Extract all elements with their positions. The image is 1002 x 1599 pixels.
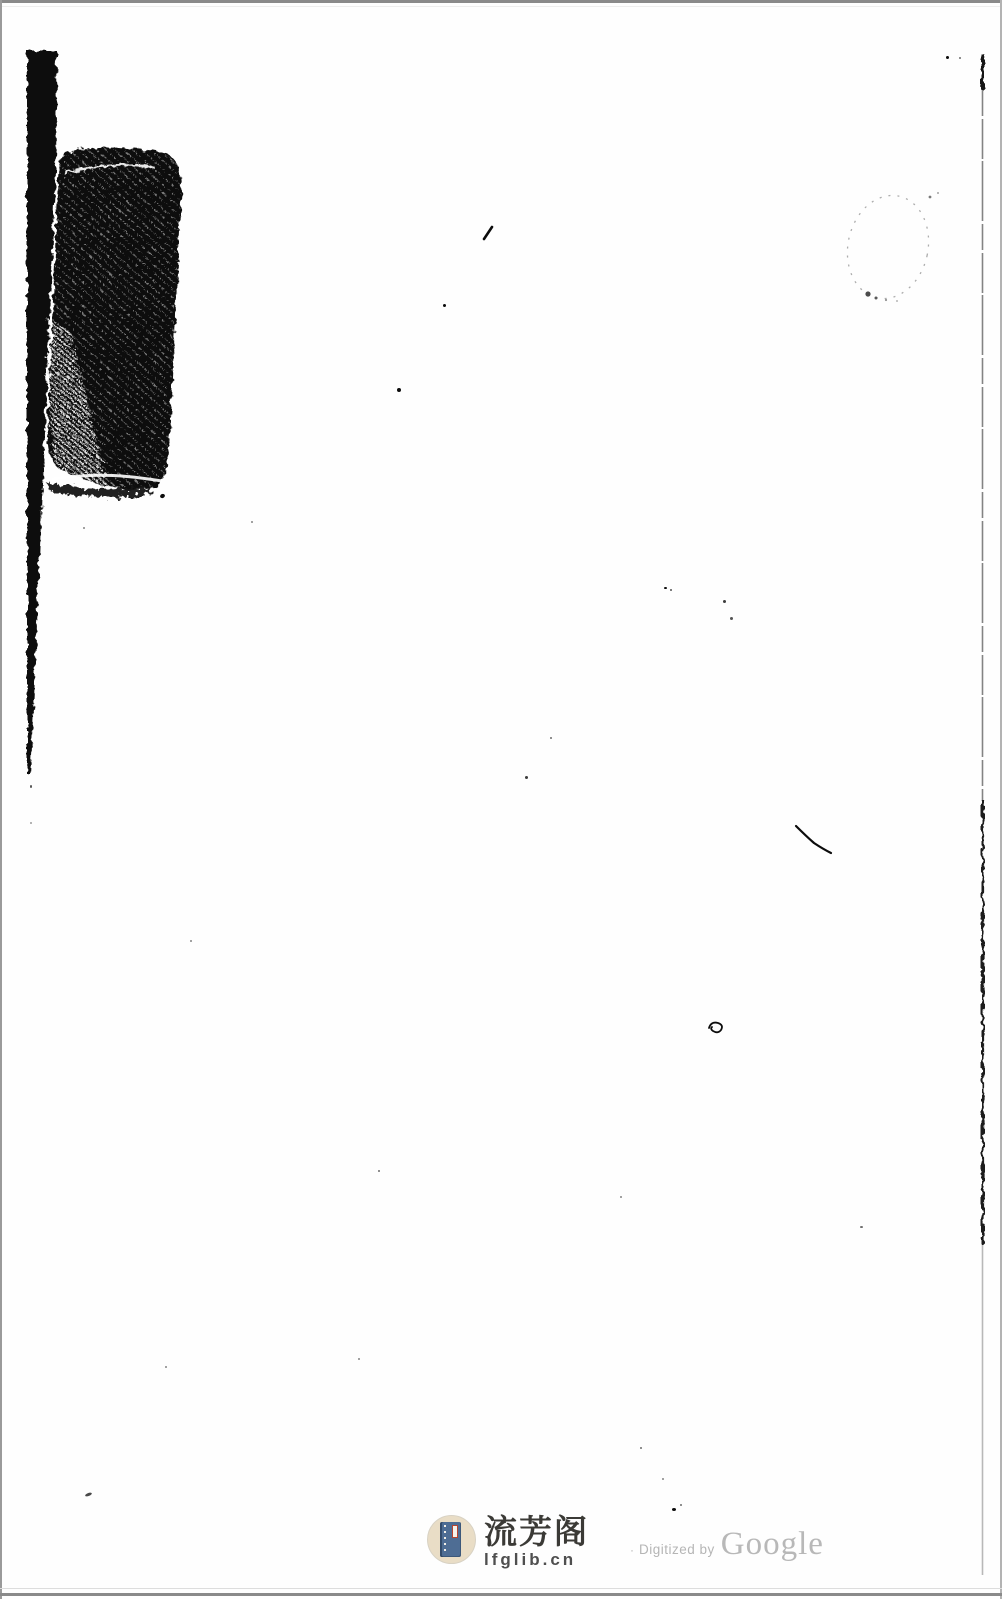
watermark-logo-circle [427, 1515, 476, 1564]
ink-speck [730, 617, 733, 620]
ink-speck [670, 589, 672, 591]
ink-speck [83, 527, 85, 529]
google-logo-text: Google [721, 1527, 824, 1561]
squiggle-mark [796, 826, 831, 853]
ink-gutter-bar [27, 51, 57, 774]
crease-arc-mark [838, 188, 939, 306]
ink-speck [30, 785, 32, 788]
stitched-book-icon [440, 1522, 461, 1557]
page-border-left [0, 0, 2, 1599]
ink-speck [620, 1196, 622, 1198]
ink-speck [640, 1447, 642, 1449]
ink-speck [662, 1478, 664, 1480]
ink-speck [358, 1358, 360, 1360]
ink-speck [251, 521, 253, 523]
credit-prefix: Digitized by [639, 1542, 715, 1557]
ink-speck [159, 493, 165, 499]
ink-speck [959, 57, 961, 59]
curl-mark [709, 1023, 722, 1033]
ink-speck [680, 1504, 682, 1506]
book-title-label [452, 1525, 458, 1538]
slash-mark [484, 227, 492, 239]
page-border-bottom [0, 1593, 1002, 1596]
ink-speck [443, 304, 446, 307]
site-watermark: 流芳阁 lfglib.cn [427, 1515, 589, 1570]
ink-speck [672, 1508, 676, 1511]
ink-speck [190, 940, 192, 942]
ink-blob [46, 148, 181, 498]
watermark-site-title: 流芳阁 [484, 1515, 589, 1549]
page-border-top-faint [0, 6, 1002, 7]
ink-speck [946, 56, 949, 59]
page-border-top [0, 0, 1002, 3]
ink-speck [85, 1492, 93, 1497]
ink-speck [723, 600, 726, 603]
ink-speck [525, 776, 528, 779]
watermark-site-url: lfglib.cn [484, 1550, 589, 1570]
ink-speck [550, 737, 552, 739]
ink-speck [165, 1366, 167, 1368]
ink-speck [30, 822, 32, 824]
ink-speck [664, 587, 667, 589]
digitized-credit: · Digitized by Google [630, 1527, 870, 1561]
credit-dot: · [630, 1543, 634, 1557]
ink-speck [860, 1226, 863, 1228]
book-stitch-dots [444, 1525, 446, 1554]
scanned-page: { "page": { "background": "#fefefe", "fr… [0, 0, 1002, 1599]
scan-artifacts-layer [0, 0, 1002, 1599]
scan-edge-line [981, 54, 985, 1575]
speck-layer [0, 0, 1002, 1599]
watermark-text-block: 流芳阁 lfglib.cn [484, 1515, 589, 1570]
page-border-bottom-faint [0, 1588, 1002, 1589]
ink-speck [378, 1170, 380, 1172]
ink-speck [397, 388, 401, 392]
